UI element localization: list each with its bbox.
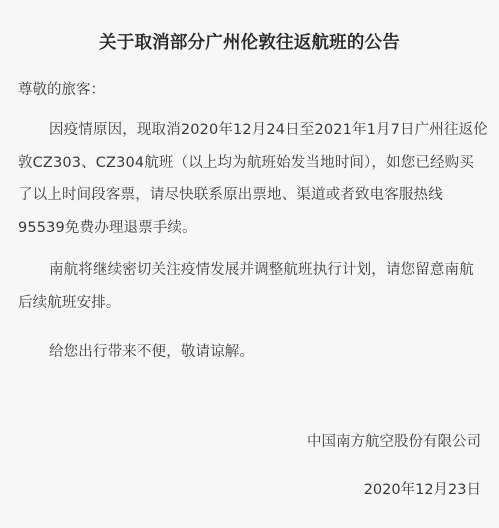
signature-date: 2020年12月23日: [364, 478, 481, 499]
signature-organization: 中国南方航空股份有限公司: [307, 430, 481, 451]
paragraph-follow-up: 南航将继续密切关注疫情发展并调整航班执行计划，请您留意南航后续航班安排。: [18, 254, 488, 319]
paragraph-cancellation: 因疫情原因，现取消2020年12月24日至2021年1月7日广州往返伦敦CZ30…: [18, 114, 488, 244]
greeting: 尊敬的旅客：: [18, 78, 105, 99]
announcement-title: 关于取消部分广州伦敦往返航班的公告: [0, 29, 499, 54]
paragraph-apology: 给您出行带来不便，敬请谅解。: [18, 336, 488, 369]
